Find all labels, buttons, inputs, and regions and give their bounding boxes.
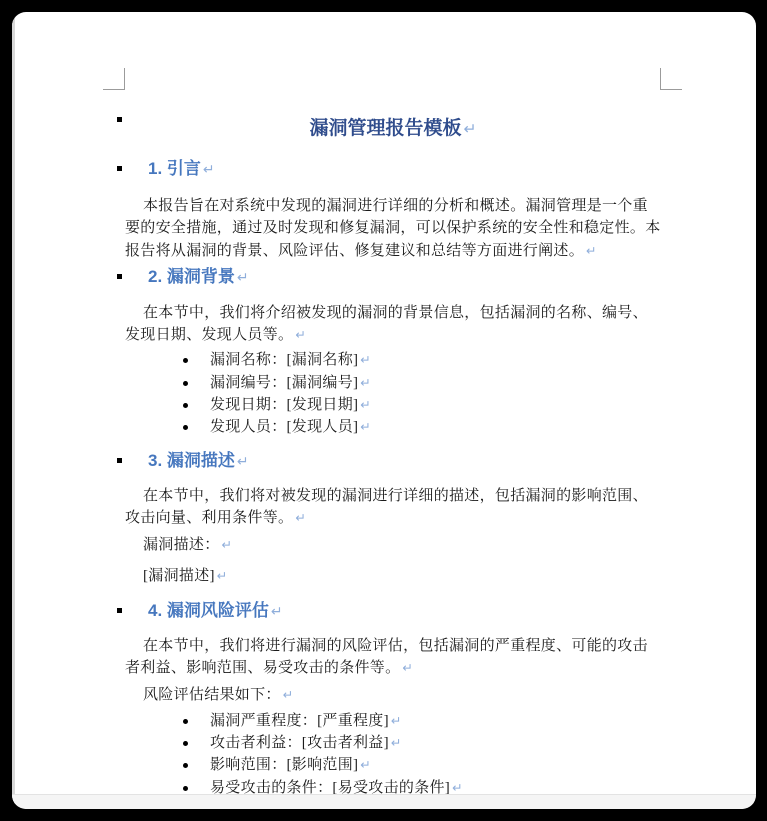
section-3-intro-paragraph: 在本节中，我们将对被发现的漏洞进行详细的描述，包括漏洞的影响范围、攻击向量、利用… — [125, 485, 661, 530]
paragraph-mark-icon: ↵ — [391, 736, 402, 750]
paragraph-text: 风险评估结果如下： — [143, 687, 281, 703]
paragraph-mark-icon: ↵ — [391, 714, 402, 728]
vulnerability-description-label: 漏洞描述：↵ — [125, 534, 661, 556]
paragraph-text: [漏洞描述] — [143, 568, 215, 584]
document-content[interactable]: 漏洞管理报告模板↵ 1. 引言↵ 本报告旨在对系统中发现的漏洞进行详细的分析和概… — [125, 12, 661, 799]
section-heading-4: 4. 漏洞风险评估↵ — [125, 599, 661, 623]
paragraph-mark-icon: ↵ — [586, 244, 597, 258]
paragraph-format-square-icon — [117, 458, 122, 463]
paragraph-mark-icon: ↵ — [463, 121, 476, 138]
section-heading-text: 1. 引言 — [148, 159, 201, 178]
document-window: 漏洞管理报告模板↵ 1. 引言↵ 本报告旨在对系统中发现的漏洞进行详细的分析和概… — [12, 12, 756, 809]
section-heading-text: 2. 漏洞背景 — [148, 267, 235, 286]
list-item: 漏洞编号：[漏洞编号]↵ — [125, 372, 661, 394]
list-item-text: 影响范围：[影响范围] — [210, 757, 358, 773]
paragraph-mark-icon: ↵ — [360, 398, 371, 412]
list-item: 漏洞名称：[漏洞名称]↵ — [125, 349, 661, 371]
document-title: 漏洞管理报告模板↵ — [125, 116, 661, 143]
paragraph-mark-icon: ↵ — [360, 420, 371, 434]
section-1-intro-paragraph: 本报告旨在对系统中发现的漏洞进行详细的分析和概述。漏洞管理是一个重要的安全措施，… — [125, 195, 661, 262]
paragraph-mark-icon: ↵ — [237, 269, 249, 285]
section-heading-1: 1. 引言↵ — [125, 157, 661, 181]
background-bullet-list: 漏洞名称：[漏洞名称]↵ 漏洞编号：[漏洞编号]↵ 发现日期：[发现日期]↵ 发… — [125, 349, 661, 438]
paragraph-mark-icon: ↵ — [360, 353, 371, 367]
paragraph-format-square-icon — [117, 608, 122, 613]
section-heading-3: 3. 漏洞描述↵ — [125, 449, 661, 473]
bullet-icon — [183, 381, 188, 386]
list-item: 发现人员：[发现人员]↵ — [125, 416, 661, 438]
vulnerability-description-placeholder: [漏洞描述]↵ — [125, 565, 661, 587]
bullet-icon — [183, 719, 188, 724]
paragraph-format-square-icon — [117, 166, 122, 171]
window-left-edge — [12, 12, 15, 809]
bullet-icon — [183, 763, 188, 768]
paragraph-mark-icon: ↵ — [283, 688, 294, 702]
text-boundary-mark-top-left — [103, 68, 125, 90]
paragraph-text: 在本节中，我们将进行漏洞的风险评估，包括漏洞的严重程度、可能的攻击者利益、影响范… — [125, 638, 648, 676]
list-item-text: 发现人员：[发现人员] — [210, 419, 358, 435]
section-heading-2: 2. 漏洞背景↵ — [125, 265, 661, 289]
window-bottom-edge — [12, 794, 756, 809]
paragraph-mark-icon: ↵ — [217, 569, 228, 583]
section-heading-text: 3. 漏洞描述 — [148, 451, 235, 470]
paragraph-mark-icon: ↵ — [360, 758, 371, 772]
paragraph-text: 在本节中，我们将介绍被发现的漏洞的背景信息，包括漏洞的名称、编号、发现日期、发现… — [125, 305, 648, 343]
list-item: 攻击者利益：[攻击者利益]↵ — [125, 732, 661, 754]
list-item-text: 漏洞严重程度：[严重程度] — [210, 713, 389, 729]
paragraph-mark-icon: ↵ — [360, 376, 371, 390]
paragraph-mark-icon: ↵ — [271, 603, 283, 619]
paragraph-format-square-icon — [117, 274, 122, 279]
list-item-text: 漏洞编号：[漏洞编号] — [210, 375, 358, 391]
list-item: 漏洞严重程度：[严重程度]↵ — [125, 710, 661, 732]
list-item: 发现日期：[发现日期]↵ — [125, 394, 661, 416]
bullet-icon — [183, 358, 188, 363]
list-item-text: 发现日期：[发现日期] — [210, 397, 358, 413]
list-item-text: 攻击者利益：[攻击者利益] — [210, 735, 389, 751]
list-item: 影响范围：[影响范围]↵ — [125, 754, 661, 776]
paragraph-mark-icon: ↵ — [295, 328, 306, 342]
bullet-icon — [183, 403, 188, 408]
paragraph-mark-icon: ↵ — [222, 538, 233, 552]
paragraph-mark-icon: ↵ — [452, 781, 463, 795]
bullet-icon — [183, 741, 188, 746]
text-boundary-mark-top-right — [660, 68, 682, 90]
paragraph-text: 本报告旨在对系统中发现的漏洞进行详细的分析和概述。漏洞管理是一个重要的安全措施，… — [125, 198, 661, 259]
paragraph-text: 在本节中，我们将对被发现的漏洞进行详细的描述，包括漏洞的影响范围、攻击向量、利用… — [125, 488, 648, 526]
bullet-icon — [183, 786, 188, 791]
paragraph-mark-icon: ↵ — [237, 453, 249, 469]
paragraph-mark-icon: ↵ — [203, 161, 215, 177]
bullet-icon — [183, 425, 188, 430]
paragraph-mark-icon: ↵ — [402, 661, 413, 675]
section-2-intro-paragraph: 在本节中，我们将介绍被发现的漏洞的背景信息，包括漏洞的名称、编号、发现日期、发现… — [125, 302, 661, 347]
paragraph-text: 漏洞描述： — [143, 537, 220, 553]
document-title-text: 漏洞管理报告模板 — [309, 118, 461, 139]
risk-bullet-list: 漏洞严重程度：[严重程度]↵ 攻击者利益：[攻击者利益]↵ 影响范围：[影响范围… — [125, 710, 661, 799]
section-heading-text: 4. 漏洞风险评估 — [148, 601, 269, 620]
list-item-text: 漏洞名称：[漏洞名称] — [210, 352, 358, 368]
section-4-intro-paragraph: 在本节中，我们将进行漏洞的风险评估，包括漏洞的严重程度、可能的攻击者利益、影响范… — [125, 635, 661, 680]
paragraph-format-square-icon — [117, 117, 122, 122]
risk-result-label: 风险评估结果如下：↵ — [125, 684, 661, 706]
paragraph-mark-icon: ↵ — [295, 511, 306, 525]
